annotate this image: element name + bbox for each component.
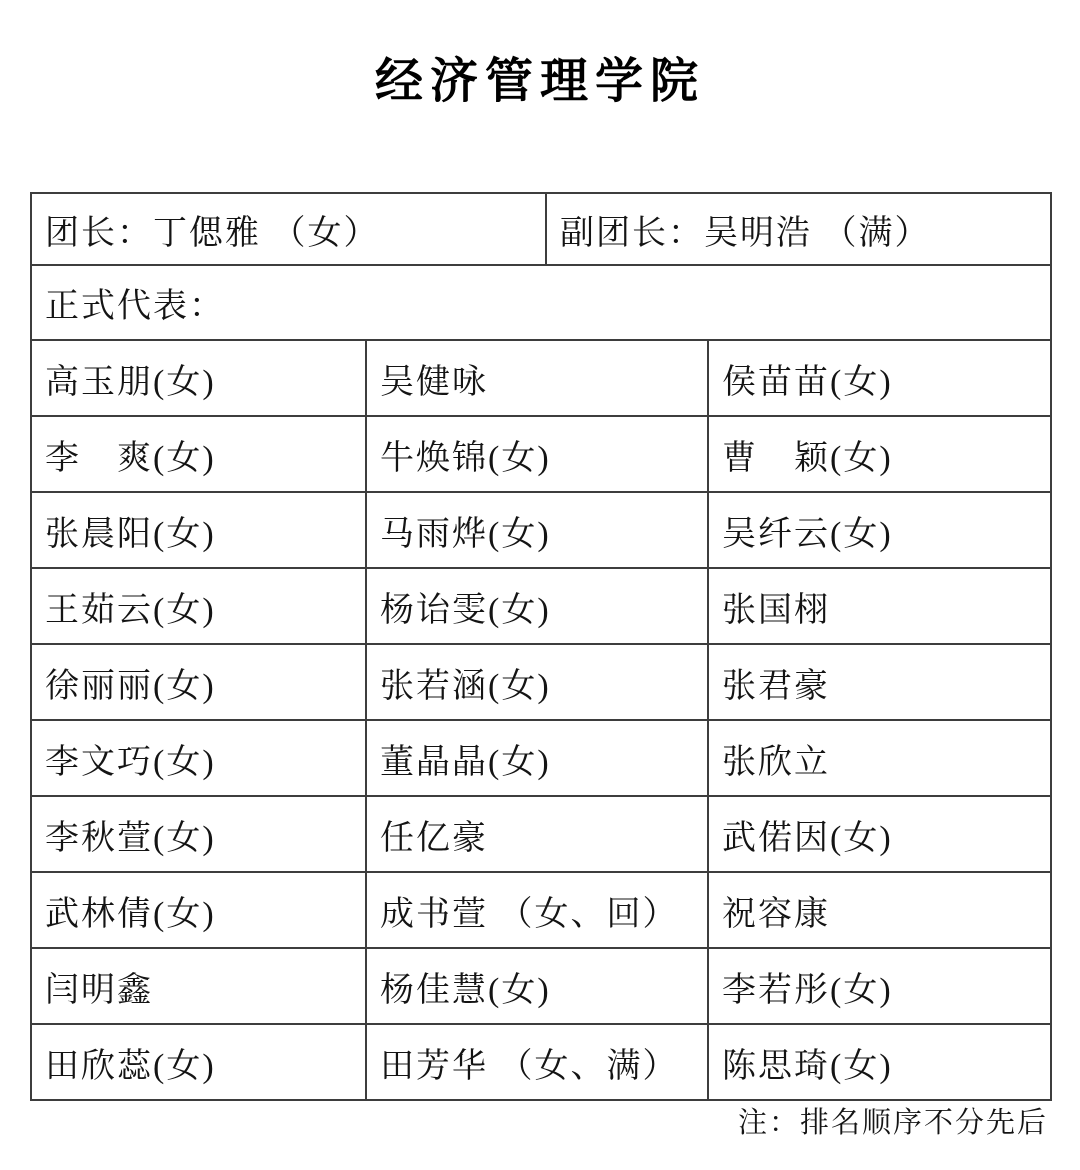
member-cell: 侯苗苗(女) (708, 340, 1051, 416)
member-cell: 吴纤云(女) (708, 492, 1051, 568)
member-cell: 李文巧(女) (31, 720, 366, 796)
member-cell: 闫明鑫 (31, 948, 366, 1024)
member-cell: 王茹云(女) (31, 568, 366, 644)
section-row: 正式代表： (31, 265, 1051, 340)
section-label-cell: 正式代表： (31, 265, 1051, 340)
member-cell: 徐丽丽(女) (31, 644, 366, 720)
document-page: 经济管理学院 团长：丁偲雅 （女） 副团长：吴明浩 （满） 正式代表： 高玉朋(… (0, 0, 1080, 1170)
deputy-leader-cell: 副团长：吴明浩 （满） (546, 193, 1051, 265)
member-cell: 曹 颖(女) (708, 416, 1051, 492)
member-cell: 李秋萱(女) (31, 796, 366, 872)
member-cell: 陈思琦(女) (708, 1024, 1051, 1100)
member-cell: 任亿豪 (366, 796, 708, 872)
member-cell: 田欣蕊(女) (31, 1024, 366, 1100)
member-row: 徐丽丽(女) 张若涵(女) 张君豪 (31, 644, 1051, 720)
member-row: 田欣蕊(女) 田芳华 （女、满） 陈思琦(女) (31, 1024, 1051, 1100)
member-cell: 祝容康 (708, 872, 1051, 948)
member-row: 武林倩(女) 成书萱 （女、回） 祝容康 (31, 872, 1051, 948)
member-cell: 李若彤(女) (708, 948, 1051, 1024)
member-cell: 成书萱 （女、回） (366, 872, 708, 948)
member-cell: 武林倩(女) (31, 872, 366, 948)
page-title: 经济管理学院 (0, 42, 1080, 111)
roster-table: 团长：丁偲雅 （女） 副团长：吴明浩 （满） 正式代表： 高玉朋(女) 吴健咏 … (30, 192, 1052, 1101)
member-cell: 田芳华 （女、满） (366, 1024, 708, 1100)
member-row: 李文巧(女) 董晶晶(女) 张欣立 (31, 720, 1051, 796)
member-cell: 张欣立 (708, 720, 1051, 796)
member-cell: 张晨阳(女) (31, 492, 366, 568)
member-cell: 吴健咏 (366, 340, 708, 416)
member-cell: 杨佳慧(女) (366, 948, 708, 1024)
member-cell: 马雨烨(女) (366, 492, 708, 568)
footer-note: 注：排名顺序不分先后 (738, 1100, 1048, 1141)
member-cell: 张若涵(女) (366, 644, 708, 720)
member-cell: 李 爽(女) (31, 416, 366, 492)
member-row: 闫明鑫 杨佳慧(女) 李若彤(女) (31, 948, 1051, 1024)
member-row: 李 爽(女) 牛焕锦(女) 曹 颖(女) (31, 416, 1051, 492)
member-cell: 董晶晶(女) (366, 720, 708, 796)
member-cell: 张君豪 (708, 644, 1051, 720)
leader-row: 团长：丁偲雅 （女） 副团长：吴明浩 （满） (31, 193, 1051, 265)
member-cell: 杨诒雯(女) (366, 568, 708, 644)
member-cell: 牛焕锦(女) (366, 416, 708, 492)
member-row: 李秋萱(女) 任亿豪 武偌因(女) (31, 796, 1051, 872)
member-cell: 高玉朋(女) (31, 340, 366, 416)
leader-cell: 团长：丁偲雅 （女） (31, 193, 546, 265)
member-row: 王茹云(女) 杨诒雯(女) 张国栩 (31, 568, 1051, 644)
member-cell: 武偌因(女) (708, 796, 1051, 872)
member-row: 张晨阳(女) 马雨烨(女) 吴纤云(女) (31, 492, 1051, 568)
member-cell: 张国栩 (708, 568, 1051, 644)
member-row: 高玉朋(女) 吴健咏 侯苗苗(女) (31, 340, 1051, 416)
